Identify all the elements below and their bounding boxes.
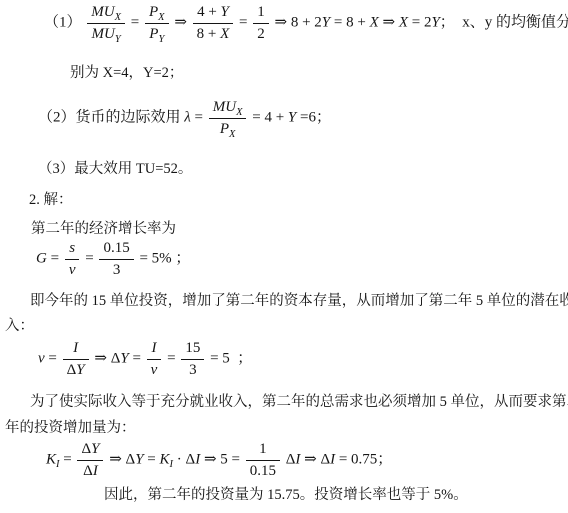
fraction: 153 — [181, 340, 204, 378]
math-text: · Δ — [173, 451, 195, 467]
math-variable: G — [36, 250, 47, 266]
math-text: 4 + — [197, 4, 220, 20]
fraction: PXPY — [145, 4, 169, 42]
demand-paragraph-line-2: 年的投资增加量为： — [5, 419, 136, 437]
fraction: 4 + Y8 + X — [193, 4, 234, 42]
math-text: Δ — [81, 441, 91, 457]
math-variable: X — [399, 14, 408, 30]
equation-3-max-utility: （3）最大效用 TU=52。 — [38, 160, 192, 178]
math-text: ⇒ 8 + 2 — [271, 14, 322, 30]
math-variable: Y — [120, 350, 128, 366]
math-variable: I — [152, 340, 157, 356]
math-text: ⇒ Δ — [300, 451, 330, 467]
math-text: 3 — [189, 362, 197, 378]
math-text: 15 — [185, 340, 200, 356]
math-variable: P — [220, 121, 229, 137]
math-text: 3 — [113, 262, 121, 278]
math-text: 0.15 — [103, 240, 129, 256]
math-variable: Y — [322, 14, 330, 30]
math-text: （1） — [44, 14, 85, 30]
math-variable: v — [38, 350, 45, 366]
math-variable: Y — [221, 4, 229, 20]
math-text: = — [235, 14, 251, 30]
problem-2-heading: 2. 解： — [29, 191, 73, 209]
math-subscript: I — [56, 459, 60, 470]
math-variable: Y — [91, 441, 99, 457]
math-text: = — [129, 350, 145, 366]
math-text: = 5% ； — [136, 250, 191, 266]
fraction: IΔY — [63, 340, 89, 378]
fraction: 12 — [253, 4, 269, 42]
multiplier-equation: KI = ΔYΔI ⇒ ΔY = KI · ΔI ⇒ 5 = 10.15 ΔI … — [46, 441, 392, 479]
math-variable: K — [160, 451, 170, 467]
math-text: Δ — [282, 451, 295, 467]
math-text: = 2 — [408, 14, 431, 30]
math-text: Δ — [67, 362, 77, 378]
math-text: ⇒ 5 = — [200, 451, 244, 467]
math-text: Δ — [83, 463, 93, 479]
investment-paragraph-line-1: 即今年的 15 单位投资，增加了第二年的资本存量，从而增加了第二年 5 单位的潜… — [30, 292, 568, 310]
math-text: = — [127, 14, 143, 30]
math-text: = 0.75； — [335, 451, 392, 467]
math-text: ⇒ Δ — [105, 451, 135, 467]
math-variable: MU — [92, 26, 115, 42]
math-variable: v — [151, 362, 158, 378]
math-text: 1 — [257, 4, 265, 20]
math-variable: Y — [135, 451, 143, 467]
math-variable: K — [46, 451, 56, 467]
math-variable: Y — [431, 14, 439, 30]
accelerator-equation: v = IΔY ⇒ ΔY = Iv = 153 = 5 ； — [38, 340, 252, 378]
growth-rate-equation: G = sv = 0.153 = 5% ； — [36, 240, 190, 278]
math-text: = — [45, 350, 61, 366]
math-text: 0.15 — [250, 463, 276, 479]
fraction: ΔYΔI — [77, 441, 103, 479]
math-text: （2）货币的边际效用 — [38, 109, 184, 125]
math-variable: X — [370, 14, 379, 30]
math-text: = — [144, 451, 160, 467]
math-text: ； x、y 的均衡值分 — [440, 14, 568, 30]
math-variable: MU — [91, 4, 114, 20]
math-text: ⇒ Δ — [91, 350, 121, 366]
math-variable: s — [69, 240, 75, 256]
math-variable: MU — [213, 99, 236, 115]
fraction: sv — [65, 240, 80, 278]
fraction: 0.153 — [99, 240, 133, 278]
math-subscript: X — [236, 107, 242, 118]
fraction: Iv — [147, 340, 162, 378]
math-text: = — [191, 109, 207, 125]
math-variable: P — [149, 4, 158, 20]
math-text: = 8 + — [330, 14, 369, 30]
math-text: 8 + — [197, 26, 220, 42]
math-text: 2 — [257, 26, 265, 42]
math-text: ⇒ — [171, 14, 191, 30]
fraction: 10.15 — [246, 441, 280, 479]
math-variable: Y — [288, 109, 296, 125]
math-text: =6； — [296, 109, 331, 125]
math-subscript: Y — [158, 34, 164, 45]
math-variable: X — [220, 26, 229, 42]
math-variable: v — [69, 262, 76, 278]
math-text: = — [81, 250, 97, 266]
math-variable: I — [93, 463, 98, 479]
math-text: ⇒ — [379, 14, 399, 30]
math-text: = — [60, 451, 76, 467]
investment-paragraph-line-2: 入： — [5, 317, 34, 335]
math-subscript: X — [115, 12, 121, 23]
math-text: = 4 + — [248, 109, 287, 125]
math-text: 1 — [259, 441, 267, 457]
fraction: MUXMUY — [87, 4, 125, 42]
math-text: = 5 ； — [206, 350, 252, 366]
math-subscript: I — [170, 459, 174, 470]
math-variable: I — [73, 340, 78, 356]
math-text: = — [163, 350, 179, 366]
solution-document: （1） MUXMUY = PXPY ⇒ 4 + Y8 + X = 12 ⇒ 8 … — [0, 0, 568, 513]
math-subscript: X — [158, 12, 164, 23]
fraction: MUXPX — [209, 99, 247, 137]
math-subscript: X — [229, 129, 235, 140]
equation-2-marginal-utility: （2）货币的边际效用 λ = MUXPX = 4 + Y =6； — [38, 99, 331, 137]
conclusion-line: 因此，第二年的投资量为 15.75。投资增长率也等于 5%。 — [104, 486, 468, 504]
growth-rate-intro: 第二年的经济增长率为 — [31, 220, 176, 238]
math-text: = — [47, 250, 63, 266]
equation-1-equilibrium: （1） MUXMUY = PXPY ⇒ 4 + Y8 + X = 12 ⇒ 8 … — [44, 4, 568, 42]
equilibrium-values-line: 别为 X=4，Y=2； — [70, 64, 183, 82]
demand-paragraph-line-1: 为了使实际收入等于充分就业收入，第二年的总需求也必须增加 5 单位，从而要求第二 — [30, 393, 568, 411]
math-variable: Y — [76, 362, 84, 378]
math-subscript: Y — [115, 34, 121, 45]
